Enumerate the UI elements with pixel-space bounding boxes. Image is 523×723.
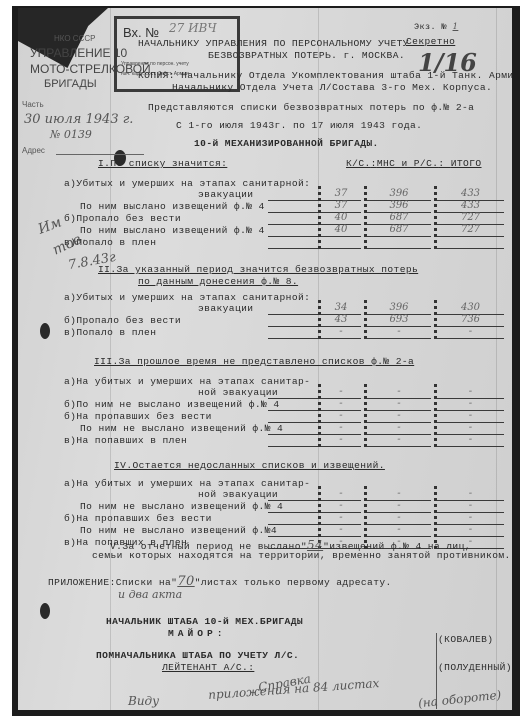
row-label: б)Пропало без вести [64, 213, 181, 224]
address-label: Адрес [22, 146, 45, 155]
cell-value: - [451, 512, 491, 523]
cell-line [321, 338, 361, 339]
margin-note-1: Им [36, 214, 64, 237]
note-back: (на обороте) [417, 688, 501, 710]
cell-value: - [379, 524, 419, 535]
row-leader-line [268, 434, 318, 435]
fold-line [496, 8, 497, 710]
copy-label-text: Экз. № [414, 22, 447, 32]
column-separator [364, 384, 370, 447]
cell-value: - [321, 488, 361, 499]
column-mns-rs: МНС и Р/С. [377, 158, 439, 169]
cell-value: - [379, 386, 419, 397]
cell-value: 727 [451, 212, 491, 223]
cell-value: - [321, 398, 361, 409]
cell-value: 37 [321, 188, 361, 199]
intro-line2: С 1-го июля 1943г. по 17 июля 1943 года. [176, 120, 422, 131]
column-separator [434, 300, 440, 339]
copy-line2: Начальнику Отдела Учета Л/Состава 3-го М… [172, 82, 492, 93]
date-handwritten: 30 июля 1943 г. [24, 112, 133, 127]
cell-value: 34 [321, 302, 361, 313]
column-separator [318, 384, 324, 447]
org-line2: УПРАВЛЕНИЕ 10 [30, 46, 127, 60]
attachment-label-b: "листах только первому адресату. [195, 577, 392, 588]
section2-title2: по данным донесения ф.№ 8. [138, 276, 298, 287]
row-label-continued: эвакуации [198, 189, 253, 200]
row-leader-line [268, 224, 318, 225]
cell-value: - [321, 500, 361, 511]
chief-title: НАЧАЛЬНИК ШТАБА 10-й МЕХ.БРИГАДЫ [106, 616, 303, 627]
cell-value: - [451, 326, 491, 337]
copy-label: Экз. № 1 [414, 22, 458, 32]
cell-value: 40 [321, 212, 361, 223]
row-label: б)Пропало без вести [64, 315, 181, 326]
cell-value: - [451, 410, 491, 421]
row-leader-line [268, 200, 318, 201]
cell-line [367, 446, 431, 447]
cell-value: 396 [379, 200, 419, 211]
cell-value: - [451, 434, 491, 445]
cell-line [321, 248, 361, 249]
cell-value: - [321, 326, 361, 337]
deputy-name: (ПОЛУДЕННЫЙ) [438, 662, 512, 673]
cell-line [437, 248, 504, 249]
number-handwritten: № 0139 [50, 128, 92, 141]
stamp-line1: Управление по персон. учету [121, 61, 189, 67]
cell-value: - [379, 488, 419, 499]
cell-value: - [379, 434, 419, 445]
row-label: б)По ним не выслано извещений ф.№ 4 [64, 399, 280, 410]
row-leader-line [268, 212, 318, 213]
cell-value: 727 [451, 224, 491, 235]
row-leader-line [268, 314, 318, 315]
cell-value: - [321, 512, 361, 523]
cell-value: - [321, 434, 361, 445]
cell-value: 40 [321, 224, 361, 235]
addressee-line2: БЕЗВОЗВРАТНЫХ ПОТЕРЬ. г. МОСКВА. [208, 50, 405, 61]
cell-value: - [451, 386, 491, 397]
cell-value: 687 [379, 212, 419, 223]
attachment-note: и два акта [118, 588, 182, 601]
column-total: ИТОГО [451, 158, 482, 169]
chief-name: (КОВАЛЕВ) [438, 634, 493, 645]
cell-value: 736 [451, 314, 491, 325]
section4-title: IV.Остается недосланных списков и извеще… [114, 460, 385, 471]
column-separator [434, 384, 440, 447]
cell-value: - [379, 398, 419, 409]
column-separator [364, 300, 370, 339]
cell-value: 433 [451, 200, 491, 211]
cell-line [367, 338, 431, 339]
row-label: в)На попавших в плен [64, 435, 187, 446]
cell-value: - [321, 422, 361, 433]
row-leader-line [268, 410, 318, 411]
cell-line [437, 338, 504, 339]
cell-value: 433 [451, 188, 491, 199]
cell-line [367, 248, 431, 249]
row-leader-line [268, 536, 318, 537]
attachment-line: ПРИЛОЖЕНИЕ:Списки на"70"листах только пе… [48, 574, 392, 589]
row-label-continued: ной эвакуации [198, 489, 278, 500]
intro-line3: 10-й МЕХАНИЗИРОВАННОЙ БРИГАДЫ. [194, 138, 379, 149]
column-separator [364, 186, 370, 249]
section5-line2: семьи которых находятся на территории, в… [92, 550, 511, 561]
org-line4: БРИГАДЫ [44, 78, 97, 90]
row-leader-line [268, 446, 318, 447]
cell-value: - [321, 386, 361, 397]
copy-line1: КОПИЯ: Начальнику Отдела Укомплектования… [138, 70, 512, 81]
column-headers: К/С.:МНС и Р/С.: ИТОГО [346, 158, 482, 169]
row-leader-line [268, 248, 318, 249]
column-separator [434, 186, 440, 249]
row-leader-line [268, 512, 318, 513]
column-separator [318, 186, 324, 249]
cell-value: 43 [321, 314, 361, 325]
cell-value: - [379, 512, 419, 523]
row-label: а)На убитых и умерших на этапах санитар- [64, 376, 310, 387]
cell-value: 693 [379, 314, 419, 325]
section3-title: III.За прошлое время не представлено спи… [94, 356, 414, 367]
row-label: а)Убитых и умерших на этапах санитарной: [64, 178, 310, 189]
cell-value: - [451, 488, 491, 499]
part-label: Часть [22, 100, 44, 109]
cell-value: 430 [451, 302, 491, 313]
row-label: а)Убитых и умерших на этапах санитарной: [64, 292, 310, 303]
stamp-number: 27 ИВЧ [169, 21, 217, 35]
punch-hole [40, 323, 50, 339]
row-label: По ним не выслано извещений ф.№4 [80, 525, 277, 536]
column-separator [318, 300, 324, 339]
row-label: По ним выслано извещений ф.№ 4 [80, 225, 265, 236]
punch-hole [40, 603, 50, 619]
row-leader-line [268, 236, 318, 237]
row-label: По ним не выслано извещений ф.№ 4 [80, 501, 283, 512]
section1-title: I.По списку значится: [98, 158, 227, 169]
row-leader-line [268, 326, 318, 327]
classification-label: Секретно [406, 36, 455, 47]
row-label: в)Попало в плен [64, 327, 156, 338]
address-underline [56, 154, 144, 155]
deputy-rank: ЛЕЙТЕНАНТ А/С.: [162, 662, 254, 673]
intro-line1: Представляются списки безвозвратных поте… [148, 102, 474, 113]
row-label: а)На убитых и умерших на этапах санитар- [64, 478, 310, 489]
cell-value: 396 [379, 302, 419, 313]
cell-value: - [379, 326, 419, 337]
margin-note-2: тов. [50, 229, 88, 258]
row-label: б)На пропавших без вести [64, 513, 212, 524]
cell-line [321, 236, 361, 237]
addressee-line1: НАЧАЛЬНИКУ УПРАВЛЕНИЯ ПО ПЕРСОНАЛЬНОМУ У… [138, 38, 409, 49]
cell-line [437, 446, 504, 447]
cell-value: - [451, 524, 491, 535]
row-label: По ним не выслано извещений ф.№ 4 [80, 423, 283, 434]
cell-value: - [321, 524, 361, 535]
cell-value: 396 [379, 188, 419, 199]
note-vidu: Виду [128, 694, 159, 708]
row-leader-line [268, 338, 318, 339]
cell-value: - [379, 500, 419, 511]
chief-rank: МАЙОР: [168, 628, 227, 639]
cell-value: - [321, 410, 361, 421]
document-page: НКО СССР УПРАВЛЕНИЕ 10 МОТО-СТРЕЛКОВОЙ Б… [18, 8, 512, 710]
org-line1: НКО СССР [54, 34, 95, 43]
cell-value: - [379, 422, 419, 433]
cell-value: - [451, 500, 491, 511]
copy-number: 1 [453, 22, 459, 32]
cell-line [321, 446, 361, 447]
column-ks: К/С. [346, 158, 371, 169]
cell-value: 687 [379, 224, 419, 235]
attachment-value: 70 [177, 574, 194, 589]
cell-value: - [379, 410, 419, 421]
cell-value: - [451, 398, 491, 409]
row-label-continued: эвакуации [198, 303, 253, 314]
deputy-title: ПОМНАЧАЛЬНИКА ШТАБА ПО УЧЕТУ Л/С. [96, 650, 299, 661]
section2-title: II.За указанный период значится безвозвр… [98, 264, 418, 275]
cell-line [367, 236, 431, 237]
cell-value: 37 [321, 200, 361, 211]
row-label-continued: ной эвакуации [198, 387, 278, 398]
attachment-label-a: ПРИЛОЖЕНИЕ:Списки на" [48, 577, 177, 588]
cell-line [437, 236, 504, 237]
row-label: б)На пропавших без вести [64, 411, 212, 422]
row-label: По ним выслано извещений ф.№ 4 [80, 201, 265, 212]
cell-value: - [451, 422, 491, 433]
